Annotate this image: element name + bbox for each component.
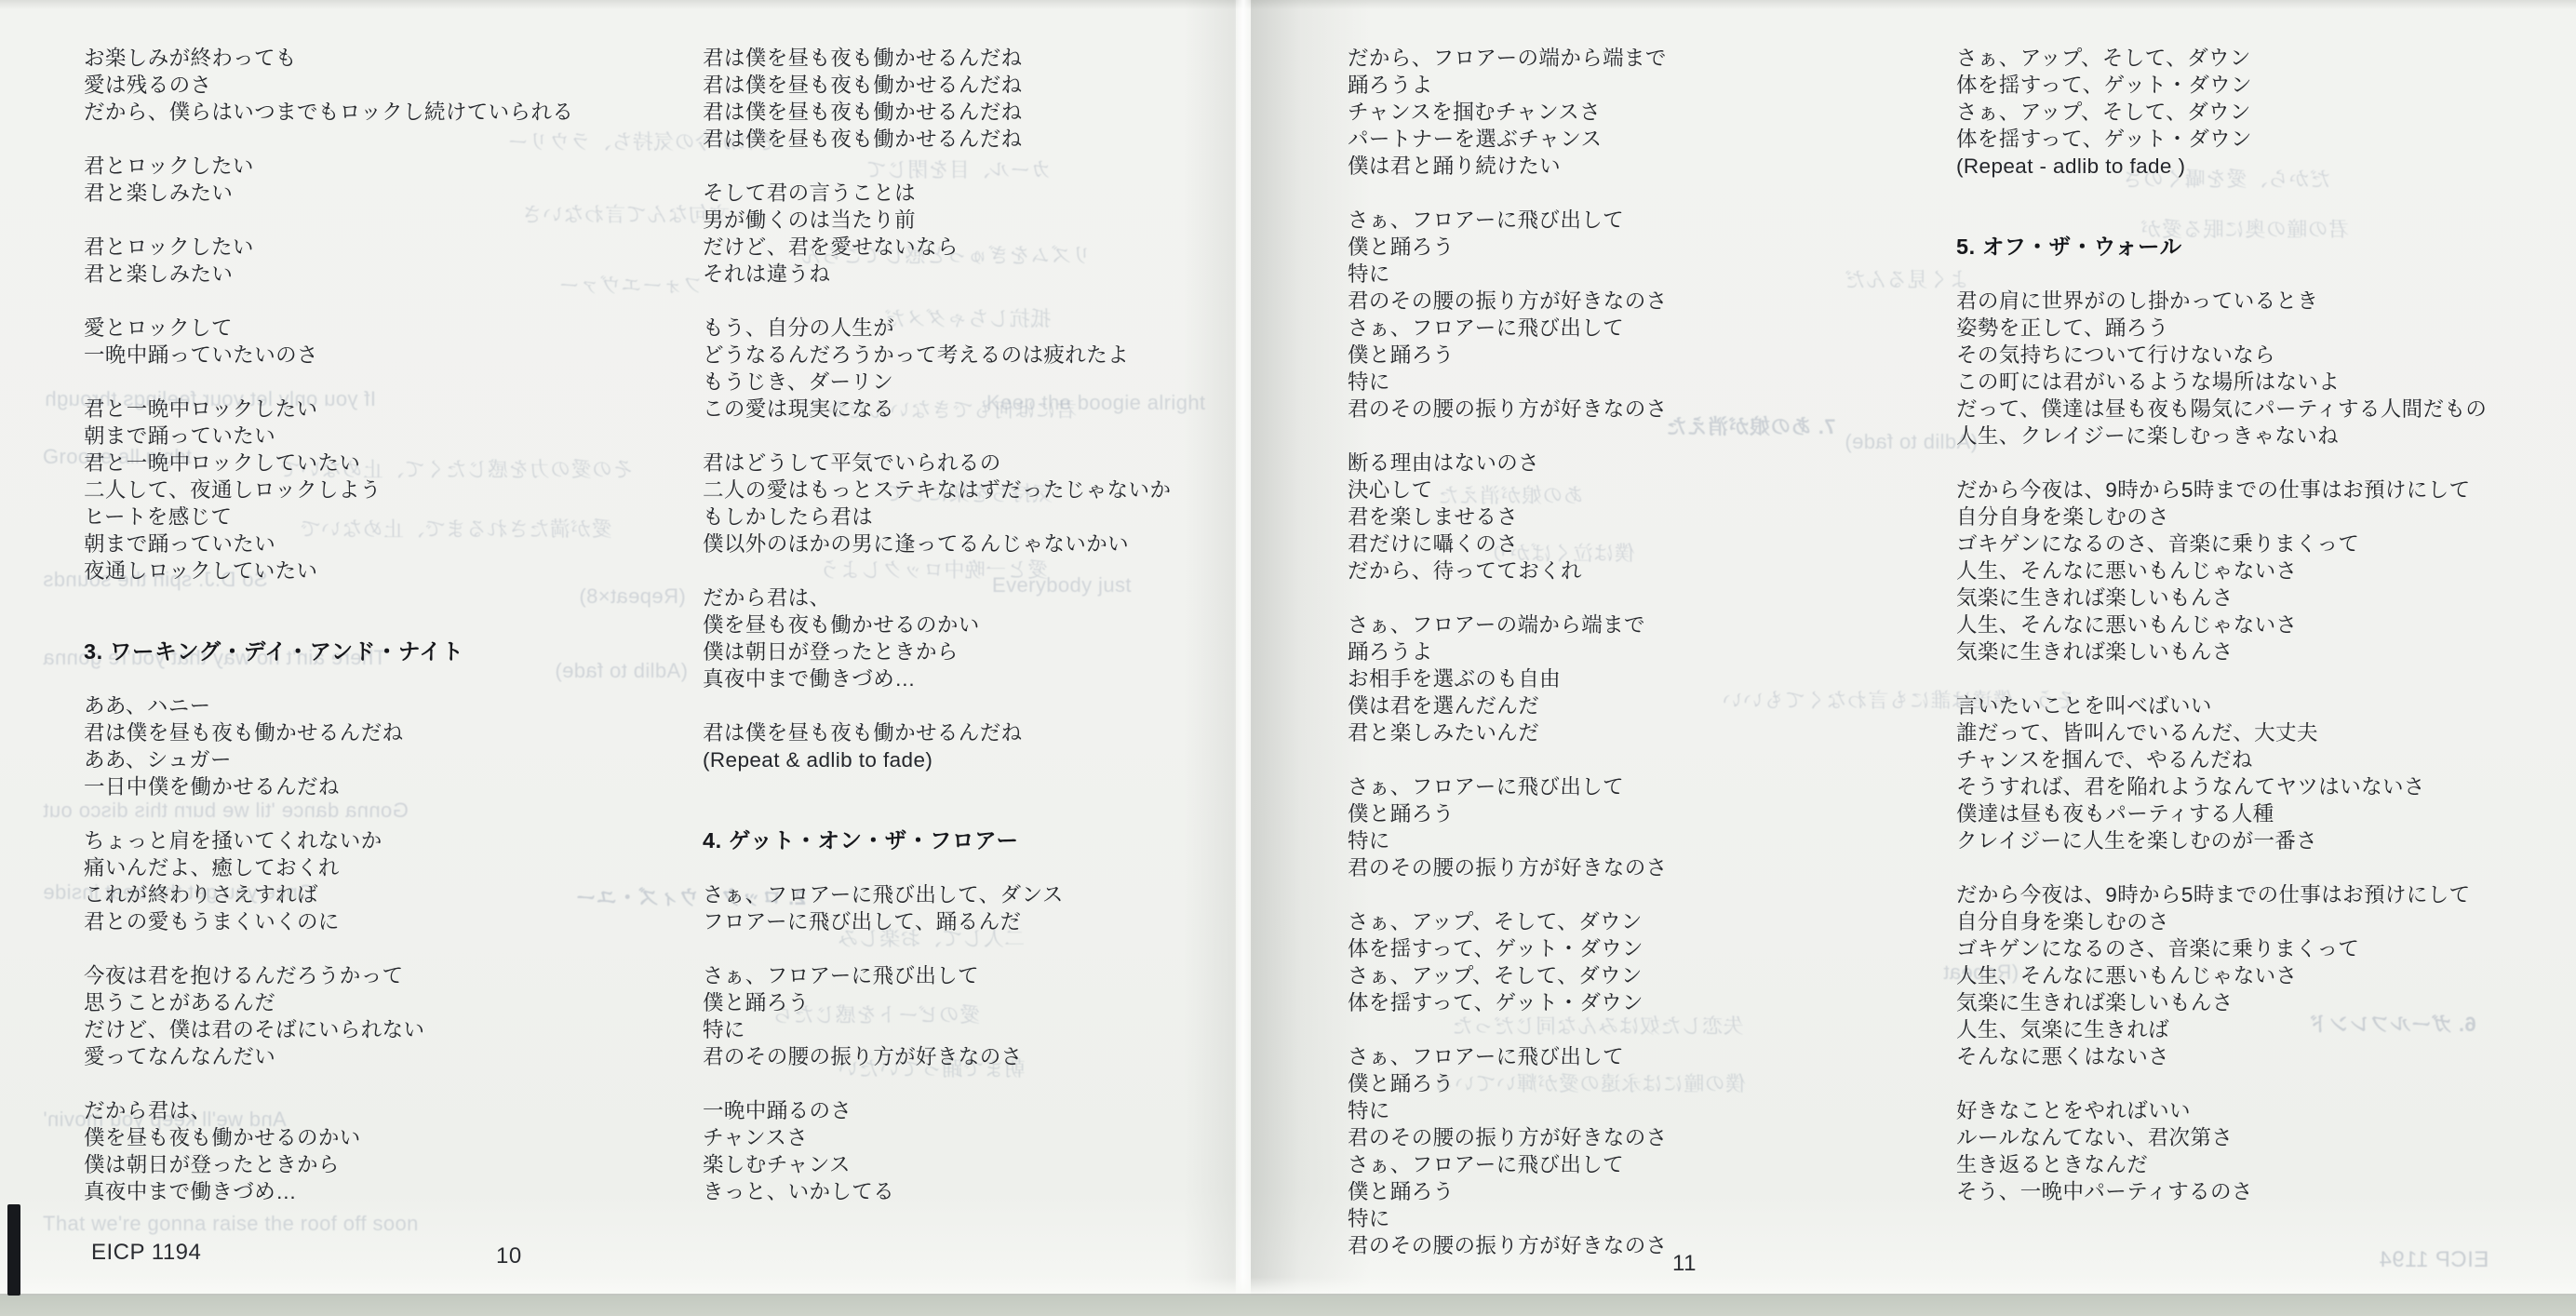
lyric-line: 愛ってなんなんだい: [84, 1043, 670, 1070]
lyric-line: だから、僕らはいつまでもロックし続けていられる: [84, 99, 670, 126]
lyric-line: 君の肩に世界がのし掛かっているとき: [1956, 288, 2570, 315]
lyric-line: さぁ、フロアーに飛び出して: [1348, 315, 1952, 342]
lyric-line: そして君の言うことは: [703, 180, 1308, 207]
lyrics-column-1: お楽しみが終わっても愛は残るのさだから、僕らはいつまでもロックし続けていられる …: [84, 45, 670, 1205]
lyric-line: そんなに悪くはないさ: [1956, 1043, 2570, 1070]
lyric-line: 決心して: [1348, 477, 1952, 504]
lyric-line: [84, 126, 670, 153]
lyric-line: 僕と踊ろう: [1348, 1070, 1952, 1097]
lyric-line: だから、待ってておくれ: [1348, 557, 1952, 584]
lyric-line: 君と楽しみたい: [84, 180, 670, 207]
scanner-background-band: [0, 1296, 2576, 1316]
lyric-line: 朝まで踊っていたい: [84, 423, 670, 450]
lyric-line: 特に: [1348, 1097, 1952, 1124]
lyric-line: 二人の愛はもっとステキなはずだったじゃないか: [703, 477, 1308, 504]
lyric-line: 僕は君と踊り続けたい: [1348, 153, 1952, 180]
lyric-line: 君は僕を昼も夜も働かせるんだね: [84, 719, 670, 746]
lyric-line: パートナーを選ぶチャンス: [1348, 126, 1952, 153]
song-title: 5. オフ・ザ・ウォール: [1956, 234, 2570, 261]
lyric-line: 僕は君を選んだんだ: [1348, 692, 1952, 719]
lyric-line: 体を揺すって、ゲット・ダウン: [1956, 126, 2570, 153]
lyric-line: [84, 665, 670, 692]
catalog-number-showthrough: EICP 1194: [2379, 1247, 2489, 1273]
lyric-line: 言いたいことを叫べばいい: [1956, 692, 2570, 719]
lyric-line: 特に: [703, 1016, 1308, 1043]
lyric-line: [1348, 423, 1952, 450]
booklet-scan: { "footer": { "catalog_number": "EICP 11…: [0, 0, 2576, 1316]
lyric-line: だけど、君を愛せないなら: [703, 234, 1308, 261]
lyric-line: だから、フロアーの端から端まで: [1348, 45, 1952, 72]
lyric-line: ああ、シュガー: [84, 746, 670, 773]
lyric-line: [84, 369, 670, 396]
lyric-line: [1348, 584, 1952, 611]
lyric-line: お相手を選ぶのも自由: [1348, 665, 1952, 692]
lyric-line: クレイジーに人生を楽しむのが一番さ: [1956, 827, 2570, 854]
song-title: 3. ワーキング・デイ・アンド・ナイト: [84, 638, 670, 665]
lyric-line: さぁ、フロアーに飛び出して: [1348, 1043, 1952, 1070]
lyric-line: もしかしたら君は: [703, 504, 1308, 530]
lyric-line: [703, 423, 1308, 450]
lyric-line: 踊ろうよ: [1348, 72, 1952, 99]
lyric-line: [703, 800, 1308, 827]
lyric-line: [703, 288, 1308, 315]
lyric-line: 君は僕を昼も夜も働かせるんだね: [703, 72, 1308, 99]
lyric-line: ゴキゲンになるのさ、音楽に乗りまくって: [1956, 935, 2570, 962]
song-title: 4. ゲット・オン・ザ・フロアー: [703, 827, 1308, 854]
lyric-line: [84, 584, 670, 611]
lyric-line: 好きなことをやればいい: [1956, 1097, 2570, 1124]
lyric-line: (Repeat - adlib to fade ): [1956, 153, 2570, 180]
lyric-line: 僕を昼も夜も働かせるのかい: [703, 611, 1308, 638]
lyric-line: ああ、ハニー: [84, 692, 670, 719]
lyric-line: 朝まで踊っていたい: [84, 530, 670, 557]
lyric-line: 僕は朝日が登ったときから: [84, 1151, 670, 1178]
lyric-line: さぁ、フロアーに飛び出して: [1348, 1151, 1952, 1178]
lyric-line: 楽しむチャンス: [703, 1151, 1308, 1178]
lyric-line: 人生、そんなに悪いもんじゃないさ: [1956, 611, 2570, 638]
lyric-line: だって、僕達は昼も夜も陽気にパーティする人間だもの: [1956, 396, 2570, 423]
lyric-line: 僕と踊ろう: [1348, 234, 1952, 261]
lyric-line: 君を楽しませるさ: [1348, 504, 1952, 530]
lyric-line: 僕を昼も夜も働かせるのかい: [84, 1124, 670, 1151]
lyric-line: ヒートを感じて: [84, 504, 670, 530]
lyric-line: 君と楽しみたいんだ: [1348, 719, 1952, 746]
lyric-line: 僕は朝日が登ったときから: [703, 638, 1308, 665]
lyric-line: そう、一晩中パーティするのさ: [1956, 1178, 2570, 1205]
lyric-line: チャンスを掴んで、やるんだね: [1956, 746, 2570, 773]
lyric-line: [1956, 665, 2570, 692]
lyric-line: 真夜中まで働きづめ…: [84, 1178, 670, 1205]
lyric-line: さぁ、フロアーに飛び出して、ダンス: [703, 881, 1308, 908]
lyric-line: (Repeat & adlib to fade): [703, 746, 1308, 773]
lyric-line: 君は僕を昼も夜も働かせるんだね: [703, 45, 1308, 72]
lyric-line: そうすれば、君を陥れようなんてヤツはいないさ: [1956, 773, 2570, 800]
lyric-line: もう、自分の人生が: [703, 315, 1308, 342]
lyric-line: 気楽に生きれば楽しいもんさ: [1956, 584, 2570, 611]
lyric-line: [1956, 207, 2570, 234]
lyric-line: [84, 207, 670, 234]
lyric-line: だから君は、: [84, 1097, 670, 1124]
lyric-line: もうじき、ダーリン: [703, 369, 1308, 396]
lyric-line: 一晩中踊っていたいのさ: [84, 342, 670, 369]
lyric-line: 僕と踊ろう: [703, 989, 1308, 1016]
lyric-line: [703, 935, 1308, 962]
lyric-line: [1348, 180, 1952, 207]
lyric-line: [1956, 180, 2570, 207]
lyric-line: 君は僕を昼も夜も働かせるんだね: [703, 126, 1308, 153]
lyric-line: 気楽に生きれば楽しいもんさ: [1956, 638, 2570, 665]
lyric-line: だから今夜は、9時から5時までの仕事はお預けにして: [1956, 477, 2570, 504]
lyric-line: さぁ、フロアーに飛び出して: [703, 962, 1308, 989]
lyric-line: この町には君がいるような場所はないよ: [1956, 369, 2570, 396]
lyric-line: ちょっと肩を掻いてくれないか: [84, 827, 670, 854]
lyric-line: その気持ちについて行けないなら: [1956, 342, 2570, 369]
lyric-line: 断る理由はないのさ: [1348, 450, 1952, 477]
lyric-line: 生き返るときなんだ: [1956, 1151, 2570, 1178]
lyric-line: 君と一晩中ロックしていたい: [84, 450, 670, 477]
lyric-line: 君と楽しみたい: [84, 261, 670, 288]
lyric-line: お楽しみが終わっても: [84, 45, 670, 72]
lyric-line: どうなるんだろうかって考えるのは疲れたよ: [703, 342, 1308, 369]
lyric-line: 痛いんだよ、癒しておくれ: [84, 854, 670, 881]
lyric-line: 君は僕を昼も夜も働かせるんだね: [703, 99, 1308, 126]
lyric-line: これが終わりさえすれば: [84, 881, 670, 908]
lyric-line: 一日中僕を働かせるんだね: [84, 773, 670, 800]
lyric-line: 体を揺すって、ゲット・ダウン: [1348, 989, 1952, 1016]
lyric-line: 君のその腰の振り方が好きなのさ: [1348, 1232, 1952, 1259]
lyric-line: [84, 800, 670, 827]
lyric-line: さぁ、アップ、そして、ダウン: [1348, 962, 1952, 989]
lyric-line: 君は僕を昼も夜も働かせるんだね: [703, 719, 1308, 746]
lyric-line: 君のその腰の振り方が好きなのさ: [1348, 854, 1952, 881]
paper-bottom-edge: [0, 1277, 2576, 1296]
lyric-line: だから今夜は、9時から5時までの仕事はお預けにして: [1956, 881, 2570, 908]
lyric-line: [1348, 746, 1952, 773]
lyric-line: 二人して、夜通しロックしよう: [84, 477, 670, 504]
lyrics-column-3: だから、フロアーの端から端まで踊ろうよチャンスを掴むチャンスさパートナーを選ぶチ…: [1348, 45, 1952, 1259]
lyric-line: 人生、気楽に生きれば: [1956, 1016, 2570, 1043]
lyric-line: 僕と踊ろう: [1348, 1178, 1952, 1205]
page-number-left: 10: [496, 1243, 522, 1269]
lyric-line: さぁ、アップ、そして、ダウン: [1956, 45, 2570, 72]
lyric-line: 君とロックしたい: [84, 153, 670, 180]
lyric-line: だから君は、: [703, 584, 1308, 611]
lyric-line: 君のその腰の振り方が好きなのさ: [1348, 1124, 1952, 1151]
lyric-line: 君と一晩中ロックしたい: [84, 396, 670, 423]
lyric-line: それは違うね: [703, 261, 1308, 288]
lyric-line: [703, 692, 1308, 719]
lyrics-column-2: 君は僕を昼も夜も働かせるんだね君は僕を昼も夜も働かせるんだね君は僕を昼も夜も働か…: [703, 45, 1308, 1205]
lyric-line: 僕と踊ろう: [1348, 800, 1952, 827]
lyric-line: [1956, 854, 2570, 881]
lyric-line: [1348, 1016, 1952, 1043]
lyric-line: 君のその腰の振り方が好きなのさ: [1348, 288, 1952, 315]
lyric-line: [1348, 881, 1952, 908]
lyric-line: 君とロックしたい: [84, 234, 670, 261]
lyric-line: 人生、そんなに悪いもんじゃないさ: [1956, 962, 2570, 989]
lyric-line: 男が働くのは当たり前: [703, 207, 1308, 234]
lyric-line: さぁ、アップ、そして、ダウン: [1956, 99, 2570, 126]
lyric-line: さぁ、フロアーの端から端まで: [1348, 611, 1952, 638]
lyric-line: 君のその腰の振り方が好きなのさ: [1348, 396, 1952, 423]
lyric-line: ルールなんてない、君次第さ: [1956, 1124, 2570, 1151]
lyric-line: 君との愛もうまくいくのに: [84, 908, 670, 935]
lyric-line: 自分自身を楽しむのさ: [1956, 504, 2570, 530]
lyric-line: [84, 288, 670, 315]
lyric-line: さぁ、フロアーに飛び出して: [1348, 773, 1952, 800]
lyric-line: 愛は残るのさ: [84, 72, 670, 99]
lyric-line: フロアーに飛び出して、踊るんだ: [703, 908, 1308, 935]
lyric-line: 愛とロックして: [84, 315, 670, 342]
lyric-line: 特に: [1348, 1205, 1952, 1232]
lyric-line: 君はどうして平気でいられるの: [703, 450, 1308, 477]
booklet-edge-shadow: [7, 1204, 20, 1296]
lyric-line: [703, 773, 1308, 800]
lyric-line: 夜通しロックしていたい: [84, 557, 670, 584]
lyric-line: 君のその腰の振り方が好きなのさ: [703, 1043, 1308, 1070]
lyric-line: だけど、僕は君のそばにいられない: [84, 1016, 670, 1043]
lyric-line: 僕と踊ろう: [1348, 342, 1952, 369]
lyric-line: さぁ、フロアーに飛び出して: [1348, 207, 1952, 234]
lyric-line: 今夜は君を抱けるんだろうかって: [84, 962, 670, 989]
lyric-line: ゴキゲンになるのさ、音楽に乗りまくって: [1956, 530, 2570, 557]
lyric-line: きっと、いかしてる: [703, 1178, 1308, 1205]
lyric-line: 僕達は昼も夜もパーティする人種: [1956, 800, 2570, 827]
lyric-line: 特に: [1348, 261, 1952, 288]
lyric-line: [703, 557, 1308, 584]
lyric-line: 姿勢を正して、踊ろう: [1956, 315, 2570, 342]
lyric-line: 君だけに囁くのさ: [1348, 530, 1952, 557]
lyric-line: 真夜中まで働きづめ…: [703, 665, 1308, 692]
lyric-line: [84, 935, 670, 962]
lyric-line: さぁ、アップ、そして、ダウン: [1348, 908, 1952, 935]
lyric-line: [1956, 1070, 2570, 1097]
lyric-line: [84, 611, 670, 638]
lyric-line: 踊ろうよ: [1348, 638, 1952, 665]
page-number-right: 11: [1672, 1251, 1697, 1277]
lyric-line: [703, 854, 1308, 881]
lyric-line: 思うことがあるんだ: [84, 989, 670, 1016]
lyric-line: 人生、そんなに悪いもんじゃないさ: [1956, 557, 2570, 584]
lyric-line: 自分自身を楽しむのさ: [1956, 908, 2570, 935]
lyric-line: 特に: [1348, 369, 1952, 396]
lyric-line: [703, 1070, 1308, 1097]
lyric-line: 僕以外のほかの男に逢ってるんじゃないかい: [703, 530, 1308, 557]
lyric-line: 誰だって、皆叫んでいるんだ、大丈夫: [1956, 719, 2570, 746]
lyric-line: [1956, 450, 2570, 477]
lyric-line: 特に: [1348, 827, 1952, 854]
lyric-line: 気楽に生きれば楽しいもんさ: [1956, 989, 2570, 1016]
lyric-line: この愛は現実になる: [703, 396, 1308, 423]
lyric-line: [1956, 261, 2570, 288]
catalog-number: EICP 1194: [91, 1240, 201, 1266]
lyric-line: チャンスを掴むチャンスさ: [1348, 99, 1952, 126]
lyric-line: 体を揺すって、ゲット・ダウン: [1956, 72, 2570, 99]
lyric-line: [84, 1070, 670, 1097]
lyric-line: [703, 153, 1308, 180]
lyric-line: 一晩中踊るのさ: [703, 1097, 1308, 1124]
lyrics-column-4: さぁ、アップ、そして、ダウン体を揺すって、ゲット・ダウンさぁ、アップ、そして、ダ…: [1956, 45, 2570, 1205]
lyric-line: 人生、クレイジーに楽しむっきゃないね: [1956, 423, 2570, 450]
lyric-line: チャンスさ: [703, 1124, 1308, 1151]
lyric-line: 体を揺すって、ゲット・ダウン: [1348, 935, 1952, 962]
